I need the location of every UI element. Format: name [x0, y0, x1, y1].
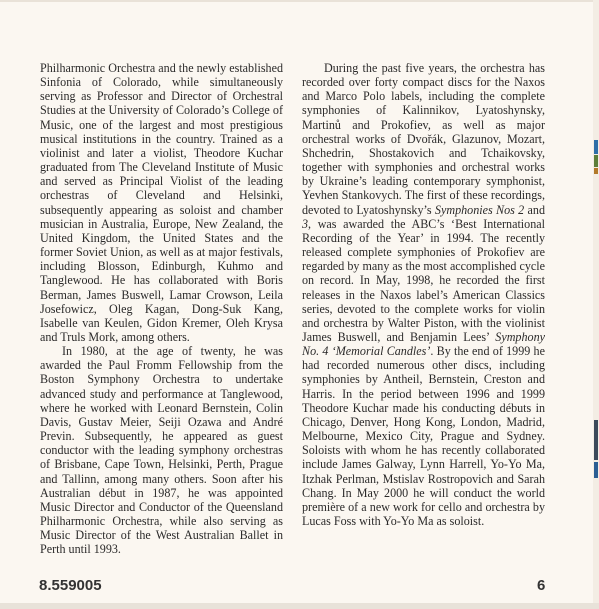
text-run: During the past five years, the orchestr… — [302, 61, 545, 217]
catalog-number: 8.559005 — [39, 577, 102, 594]
text-run: , was awarded the ABC’s ‘Best Internatio… — [302, 217, 545, 344]
work-title-symphonies: Symphonies Nos 2 — [435, 203, 524, 217]
left-paragraph-1: Philharmonic Orchestra and the newly est… — [40, 61, 283, 344]
left-paragraph-2: In 1980, at the age of twenty, he was aw… — [40, 344, 283, 556]
right-column: During the past five years, the orchestr… — [302, 61, 545, 528]
page-number: 6 — [537, 577, 545, 594]
text-run: and — [524, 203, 545, 217]
top-edge — [0, 0, 599, 2]
spine-mark-orange — [594, 168, 598, 174]
spine-mark-green — [594, 155, 598, 167]
spine-mark-dark — [594, 420, 598, 460]
right-paragraph: During the past five years, the orchestr… — [302, 61, 545, 528]
text-run: . By the end of 1999 he had recorded num… — [302, 344, 545, 528]
spine-mark-blue — [594, 140, 598, 154]
bottom-edge — [0, 603, 599, 609]
left-column: Philharmonic Orchestra and the newly est… — [40, 61, 283, 556]
spine-mark-blue-lower — [594, 462, 598, 478]
right-edge — [593, 0, 599, 609]
booklet-page: Philharmonic Orchestra and the newly est… — [0, 0, 599, 609]
